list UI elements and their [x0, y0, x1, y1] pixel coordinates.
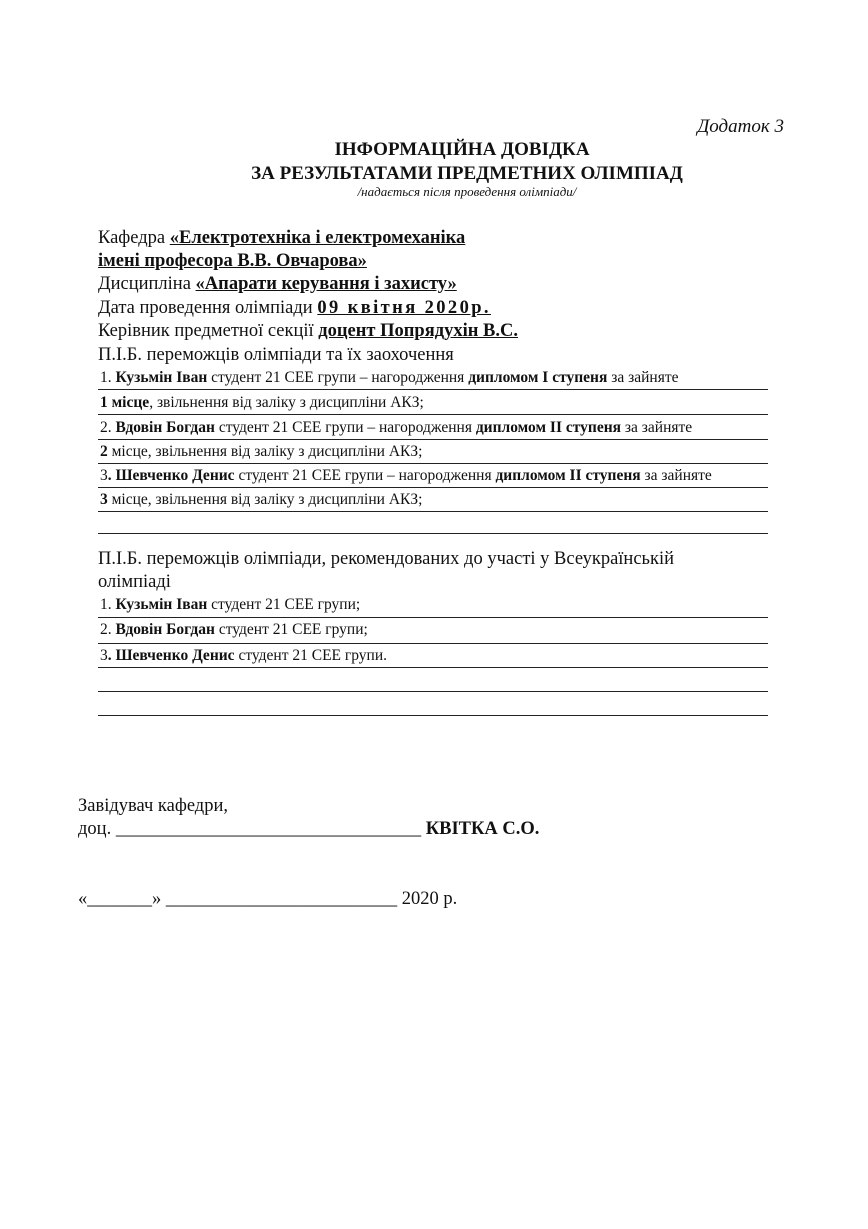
signatory-name: КВІТКА С.О.: [426, 819, 540, 839]
signature-position: Завідувач кафедри,: [78, 796, 228, 817]
entry-number: 3: [100, 647, 108, 664]
department-label: Кафедра: [98, 228, 170, 248]
award: дипломом I ступеня: [468, 369, 607, 386]
fill-line: [98, 643, 768, 644]
entry-text: студент 21 СЕЕ групи;: [215, 621, 368, 638]
entry-text: студент 21 СЕЕ групи – нагородження: [207, 369, 468, 386]
award: дипломом II ступеня: [476, 419, 621, 436]
place: 3: [100, 491, 108, 508]
winners-heading: П.І.Б. переможців олімпіади та їх заохоч…: [98, 345, 454, 366]
department-field: Кафедра «Електротехніка і електромеханік…: [98, 228, 465, 249]
fill-line: [98, 487, 768, 488]
entry-text: місце, звільнення від заліку з дисциплін…: [108, 491, 423, 508]
recommended-name: Вдовін Богдан: [116, 621, 215, 638]
fill-line: [98, 667, 768, 668]
signature-date: «_______» _________________________ 2020…: [78, 889, 457, 910]
recommended-entry-2: 2. Вдовін Богдан студент 21 СЕЕ групи;: [100, 621, 368, 639]
fill-line: [98, 691, 768, 692]
entry-number: 2.: [100, 419, 116, 436]
winner-entry-3-cont: 3 місце, звільнення від заліку з дисципл…: [100, 491, 422, 509]
place: 2: [100, 443, 108, 460]
department-value: «Електротехніка і електромеханіка: [170, 228, 466, 248]
document-subtitle: /надається після проведення олімпіади/: [0, 184, 868, 200]
entry-text: студент 21 СЕЕ групи.: [235, 647, 387, 664]
entry-number: 1.: [100, 369, 116, 386]
entry-text: місце, звільнення від заліку з дисциплін…: [108, 443, 423, 460]
signature-line: доц. _________________________________ К…: [78, 819, 539, 840]
fill-line: [98, 463, 768, 464]
fill-line: [98, 511, 768, 512]
winner-name: Кузьмін Іван: [116, 369, 208, 386]
entry-number: 1.: [100, 596, 116, 613]
supervisor-value: доцент Попрядухін В.С.: [318, 321, 518, 341]
place: 1 місце: [100, 394, 149, 411]
entry-text: за зайняте: [607, 369, 678, 386]
winner-entry-1: 1. Кузьмін Іван студент 21 СЕЕ групи – н…: [100, 369, 679, 387]
document-title-line2: ЗА РЕЗУЛЬТАТАМИ ПРЕДМЕТНИХ ОЛІМПІАД: [0, 163, 868, 185]
date-value: 09 квітня 2020р.: [317, 298, 491, 318]
entry-number: 3: [100, 467, 108, 484]
fill-line: [98, 439, 768, 440]
department-field-cont: імені професора В.В. Овчарова»: [98, 251, 367, 272]
winner-entry-1-cont: 1 місце, звільнення від заліку з дисципл…: [100, 394, 424, 412]
entry-text: студент 21 СЕЕ групи – нагородження: [215, 419, 476, 436]
discipline-label: Дисципліна: [98, 274, 196, 294]
entry-number: 2.: [100, 621, 116, 638]
winner-entry-2: 2. Вдовін Богдан студент 21 СЕЕ групи – …: [100, 419, 692, 437]
recommended-heading-cont: олімпіаді: [98, 572, 171, 593]
entry-text: за зайняте: [621, 419, 692, 436]
recommended-name: Кузьмін Іван: [116, 596, 208, 613]
supervisor-field: Керівник предметної секції доцент Попряд…: [98, 321, 518, 342]
entry-text: , звільнення від заліку з дисципліни АКЗ…: [149, 394, 424, 411]
fill-line: [98, 533, 768, 534]
winner-entry-2-cont: 2 місце, звільнення від заліку з дисципл…: [100, 443, 422, 461]
entry-text: за зайняте: [641, 467, 712, 484]
winner-entry-3: 3. Шевченко Денис студент 21 СЕЕ групи –…: [100, 467, 712, 485]
fill-line: [98, 389, 768, 390]
award: дипломом II ступеня: [495, 467, 640, 484]
fill-line: [98, 414, 768, 415]
fill-line: [98, 617, 768, 618]
discipline-value: «Апарати керування і захисту»: [196, 274, 457, 294]
discipline-field: Дисципліна «Апарати керування і захисту»: [98, 274, 457, 295]
signature-blank: доц. _________________________________: [78, 819, 421, 839]
department-value-cont: імені професора В.В. Овчарова»: [98, 251, 367, 271]
winner-name: . Шевченко Денис: [108, 467, 235, 484]
winner-name: Вдовін Богдан: [116, 419, 215, 436]
date-label: Дата проведення олімпіади: [98, 298, 317, 318]
date-field: Дата проведення олімпіади 09 квітня 2020…: [98, 298, 491, 319]
appendix-label: Додаток 3: [697, 116, 784, 138]
recommended-heading: П.І.Б. переможців олімпіади, рекомендова…: [98, 549, 674, 570]
recommended-name: . Шевченко Денис: [108, 647, 235, 664]
entry-text: студент 21 СЕЕ групи – нагородження: [235, 467, 496, 484]
document-title: ІНФОРМАЦІЙНА ДОВІДКА: [0, 139, 868, 161]
supervisor-label: Керівник предметної секції: [98, 321, 318, 341]
recommended-entry-3: 3. Шевченко Денис студент 21 СЕЕ групи.: [100, 647, 387, 665]
recommended-entry-1: 1. Кузьмін Іван студент 21 СЕЕ групи;: [100, 596, 360, 614]
fill-line: [98, 715, 768, 716]
entry-text: студент 21 СЕЕ групи;: [207, 596, 360, 613]
